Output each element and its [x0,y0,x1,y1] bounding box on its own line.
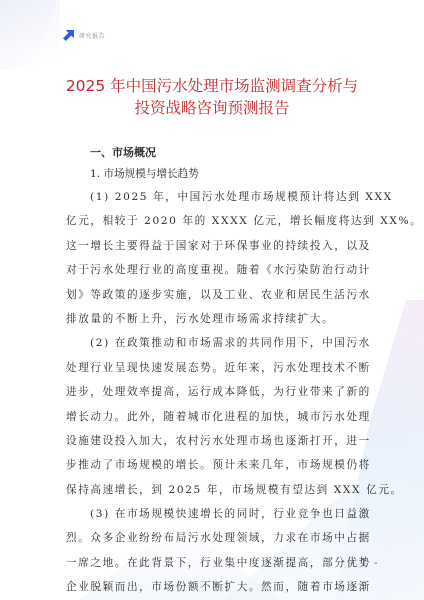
paragraph-line: 排放量的不断上升，污水处理市场需求持续扩大。 [66,307,366,331]
paragraph-line: 亿元，相较于 2020 年的 XXXX 亿元，增长幅度将达到 XX%。 [66,209,366,233]
paragraph-line: 烈。众多企业纷纷布局污水处理领域，力求在市场中占据 [66,526,366,550]
logo-text: 研究报告 [79,31,105,40]
paragraph-line: 企业脱颖而出，市场份额不断扩大。然而，随着市场逐渐 [66,575,366,599]
paragraph-line: 处理行业呈现快速发展态势。近年来，污水处理技术不断 [66,356,366,380]
paragraph-line: 对于污水处理行业的高度重视。随着《水污染防治行动计 [66,258,366,282]
paragraph-line: (3) 在市场规模快速增长的同时，行业竞争也日益激 [66,502,366,526]
paragraph-line: (2) 在政策推动和市场需求的共同作用下，中国污水 [66,331,366,355]
title-line-2: 投资战略咨询预测报告 [0,97,424,119]
subsection-heading: 1. 市场规模与增长趋势 [90,164,366,185]
section-heading: 一、市场概况 [90,142,366,164]
report-logo: 研究报告 [63,30,105,41]
paragraph-line: 这一增长主要得益于国家对于环保事业的持续投入，以及 [66,234,366,258]
corner-shape-top-left [0,0,66,70]
document-body: 一、市场概况 1. 市场规模与增长趋势 (1) 2025 年，中国污水处理市场规… [66,142,366,600]
paragraph-line: 划》等政策的逐步实施，以及工业、农业和居民生活污水 [66,283,366,307]
corner-shape-top-left-inner [0,0,60,60]
paragraph-1: (1) 2025 年，中国污水处理市场规模预计将达到 XXX 亿元，相较于 20… [66,185,366,331]
paragraph-2: (2) 在政策推动和市场需求的共同作用下，中国污水 处理行业呈现快速发展态势。近… [66,331,366,502]
page-number: - 1 - [350,558,379,569]
paragraph-line: 保持高速增长，到 2025 年，市场规模有望达到 XXX 亿元。 [66,478,366,502]
paragraph-line: 步推动了市场规模的增长。预计未来几年，市场规模仍将 [66,453,366,477]
arrow-up-right-icon [63,30,74,41]
paragraph-line: 增长动力。此外，随着城市化进程的加快，城市污水处理 [66,405,366,429]
paragraph-3: (3) 在市场规模快速增长的同时，行业竞争也日益激 烈。众多企业纷纷布局污水处理… [66,502,366,600]
paragraph-line: 进步，处理效率提高，运行成本降低，为行业带来了新的 [66,380,366,404]
title-line-1: 2025 年中国污水处理市场监测调查分析与 [0,75,424,97]
paragraph-line: 设施建设投入加大，农村污水处理市场也逐渐打开，进一 [66,429,366,453]
paragraph-line: 一席之地。在此背景下，行业集中度逐渐提高，部分优势 [66,551,366,575]
document-title: 2025 年中国污水处理市场监测调查分析与 投资战略咨询预测报告 [0,75,424,119]
paragraph-line: (1) 2025 年，中国污水处理市场规模预计将达到 XXX [66,185,366,209]
